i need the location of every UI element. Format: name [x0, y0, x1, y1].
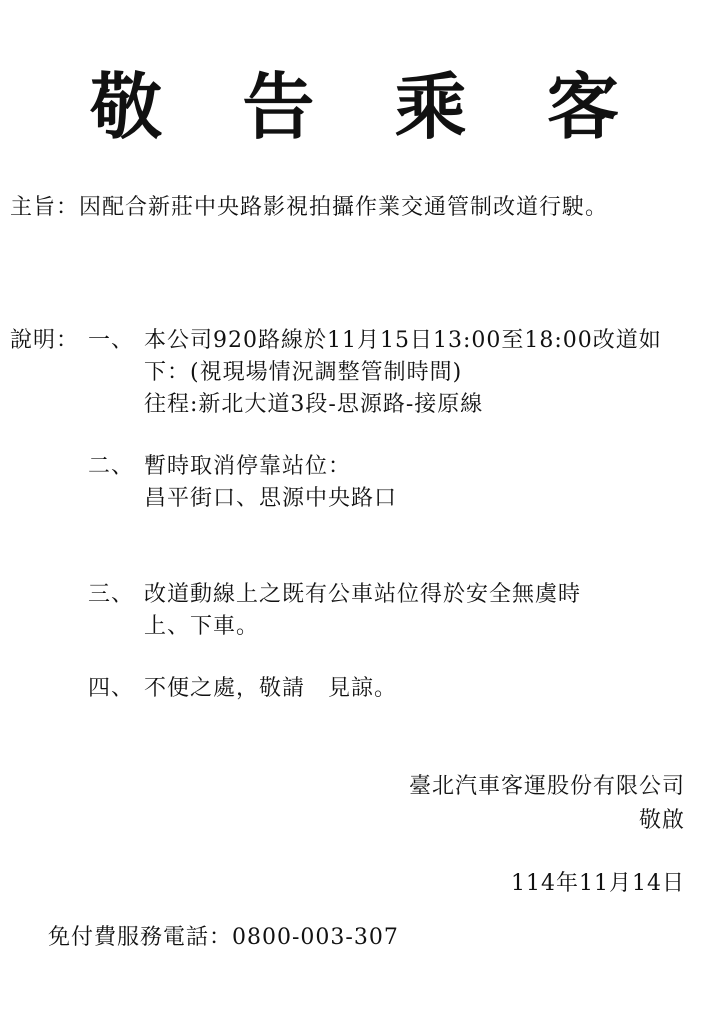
title-char: 客 [547, 62, 619, 152]
subject-line: 主旨：因配合新莊中央路影視拍攝作業交通管制改道行駛。 [10, 193, 608, 223]
item-number: 二、 [88, 452, 134, 482]
item-line: 昌平街口、思源中央路口 [144, 484, 397, 514]
closing: 敬啟 [639, 806, 685, 836]
item-line: 改道動線上之既有公車站位得於安全無虞時 [144, 580, 581, 610]
item-line: 暫時取消停靠站位： [144, 452, 351, 482]
notice-date: 114年11月14日 [511, 869, 685, 899]
item-line: 往程:新北大道3段-思源路-接原線 [144, 390, 483, 420]
item-line: 下：(視現場情況調整管制時間) [144, 358, 462, 388]
item-number: 一、 [88, 326, 134, 356]
description-label: 說明： [10, 326, 79, 356]
item-line: 本公司920路線於11月15日13:00至18:00改道如 [144, 326, 662, 356]
notice-title: 敬 告 乘 客 [0, 62, 709, 152]
company-name: 臺北汽車客運股份有限公司 [409, 772, 685, 802]
title-char: 乘 [395, 62, 467, 152]
title-char: 敬 [90, 62, 162, 152]
item-number: 三、 [88, 580, 134, 610]
item-number: 四、 [88, 674, 134, 704]
hotline: 免付費服務電話：0800-003-307 [48, 923, 399, 953]
subject-text: 因配合新莊中央路影視拍攝作業交通管制改道行駛。 [79, 195, 608, 220]
subject-label: 主旨： [10, 195, 79, 220]
item-line: 上、下車。 [144, 612, 259, 642]
title-char: 告 [242, 62, 314, 152]
item-line: 不便之處，敬請 見諒。 [144, 674, 397, 704]
